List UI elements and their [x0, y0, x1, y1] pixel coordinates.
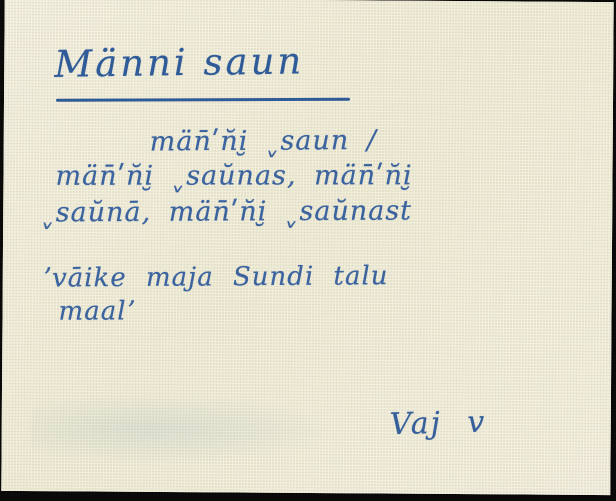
- title-underline: [56, 98, 350, 102]
- gloss-line-2: maalʼ: [59, 296, 136, 326]
- transcription-line-3: ˬsaŭnā, män̄ʹn̆i̮ ˬsaŭnast: [41, 195, 412, 228]
- archive-card: Männi saun män̄ʹn̆i̮ ˬsaun / män̄ʹn̆i̮ ˬ…: [1, 0, 613, 495]
- ink-smudge: [31, 393, 331, 465]
- collector-signature: Vaj v: [389, 405, 487, 443]
- transcription-line-2: män̄ʹn̆i̮ ˬsaŭnas, män̄ʹn̆i̮: [55, 160, 412, 192]
- gloss-line-1: ʼvāike maja Sundi talu: [43, 261, 389, 293]
- transcription-line-1: män̄ʹn̆i̮ ˬsaun /: [150, 125, 377, 158]
- card-title: Männi saun: [54, 39, 304, 85]
